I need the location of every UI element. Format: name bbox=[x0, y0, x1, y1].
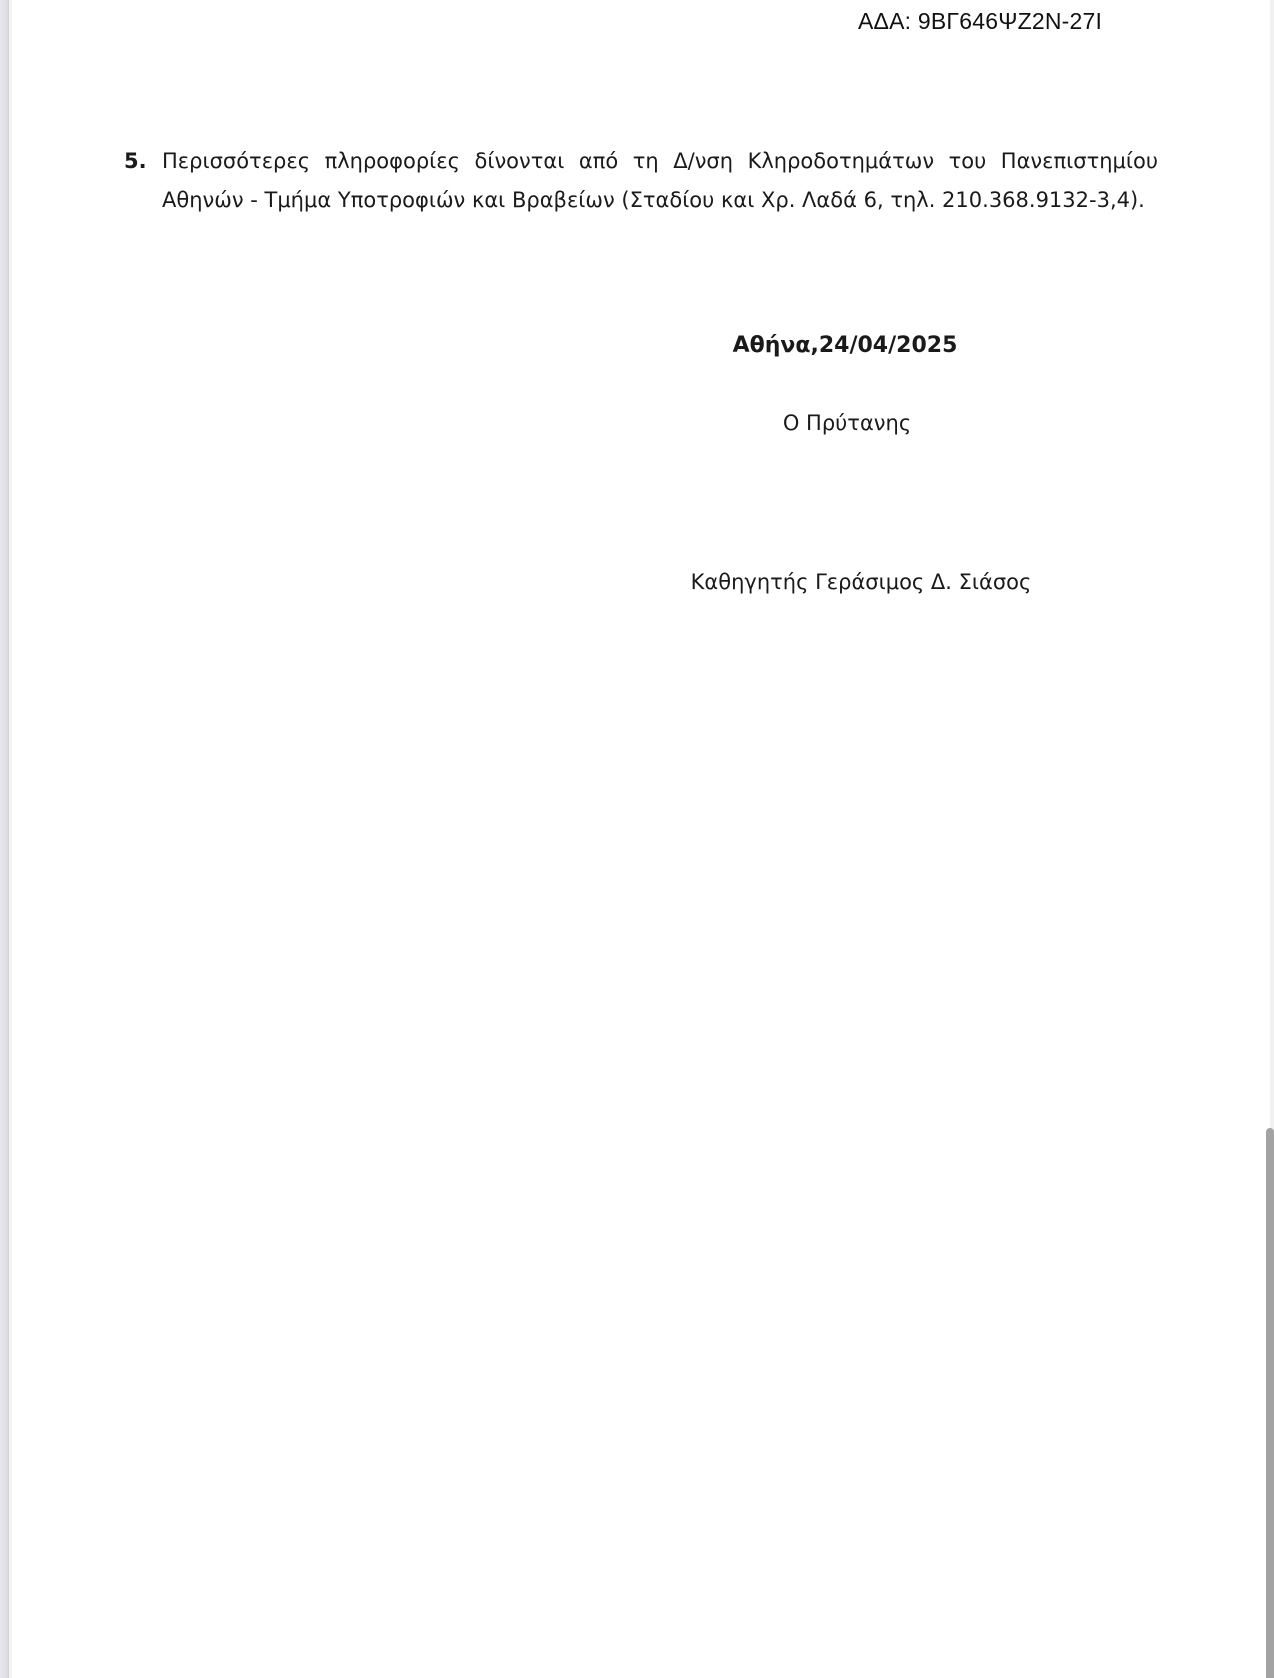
scrollbar-thumb[interactable] bbox=[1266, 1128, 1274, 1678]
list-item-text: Περισσότερες πληροφορίες δίνονται από τη… bbox=[162, 142, 1158, 220]
page-left-edge bbox=[9, 0, 12, 1678]
list-item-number: 5. bbox=[124, 142, 147, 181]
signatory-role: Ο Πρύτανης bbox=[647, 411, 1047, 435]
page-left-shadow bbox=[0, 0, 9, 1678]
list-item: 5. Περισσότερες πληροφορίες δίνονται από… bbox=[124, 142, 1158, 220]
place-date: Αθήνα,24/04/2025 bbox=[645, 333, 1045, 358]
ada-identifier: ΑΔΑ: 9ΒΓ646ΨΖ2Ν-27Ι bbox=[858, 8, 1102, 35]
signatory-name: Καθηγητής Γεράσιμος Δ. Σιάσος bbox=[611, 570, 1111, 594]
